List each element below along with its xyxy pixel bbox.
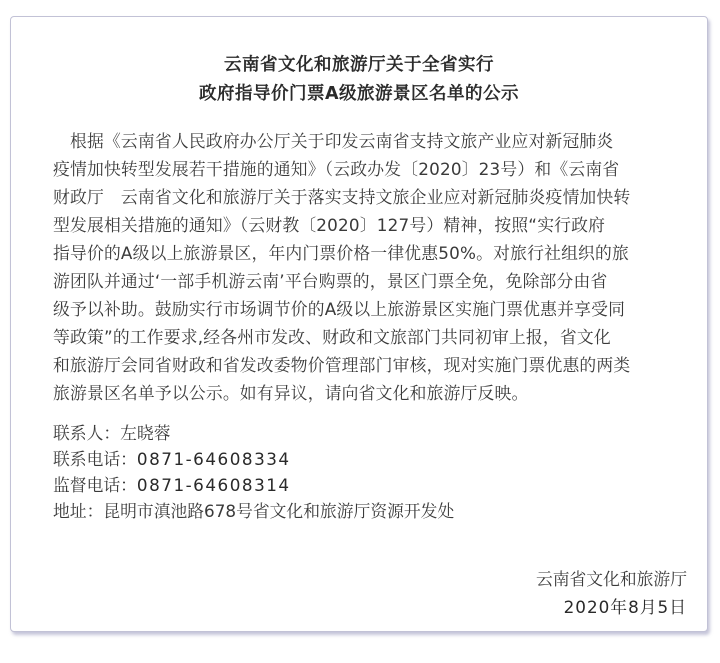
body-line: 和旅游厅会同省财政和省发改委物价管理部门审核，现对实施门票优惠的两类 <box>53 351 693 379</box>
address-label: 地址： <box>53 501 103 521</box>
notice-body: 根据《云南省人民政府办公厅关于印发云南省支持文旅产业应对新冠肺炎 疫情加快转型发… <box>53 127 693 407</box>
address-value: 昆明市滇池路678号省文化和旅游厅资源开发处 <box>103 501 454 521</box>
signature-date: 2020年8月5日 <box>536 593 687 621</box>
supervision-phone-value: 0871-64608314 <box>137 475 291 495</box>
body-line: 型发展相关措施的通知》（云财教〔2020〕127号）精神，按照“实行政府 <box>53 211 693 239</box>
body-line: 根据《云南省人民政府办公厅关于印发云南省支持文旅产业应对新冠肺炎 <box>53 127 693 155</box>
notice-card: 云南省文化和旅游厅关于全省实行 政府指导价门票A级旅游景区名单的公示 根据《云南… <box>10 16 708 632</box>
contact-phone-label: 联系电话： <box>53 449 137 469</box>
address-row: 地址：昆明市滇池路678号省文化和旅游厅资源开发处 <box>53 498 454 524</box>
body-line: 旅游景区名单予以公示。如有异议，请向省文化和旅游厅反映。 <box>53 379 693 407</box>
body-line: 等政策”的工作要求,经各州市发改、财政和文旅部门共同初审上报，省文化 <box>53 323 693 351</box>
signature-organization: 云南省文化和旅游厅 <box>536 565 687 593</box>
body-line: 疫情加快转型发展若干措施的通知》（云政办发〔2020〕23号）和《云南省 <box>53 155 693 183</box>
supervision-phone-label: 监督电话： <box>53 475 137 495</box>
contact-info: 联系人：左晓蓉 联系电话：0871-64608334 监督电话：0871-646… <box>53 420 454 524</box>
title-line-2: 政府指导价门票A级旅游景区名单的公示 <box>11 80 707 109</box>
contact-person-value: 左晓蓉 <box>120 423 170 443</box>
body-line: 级予以补助。鼓励实行市场调节价的A级以上旅游景区实施门票优惠并享受同 <box>53 295 693 323</box>
signature-block: 云南省文化和旅游厅 2020年8月5日 <box>536 565 687 621</box>
body-line: 财政厅 云南省文化和旅游厅关于落实支持文旅企业应对新冠肺炎疫情加快转 <box>53 183 693 211</box>
body-line: 游团队并通过‘一部手机游云南’平台购票的，景区门票全免，免除部分由省 <box>53 267 693 295</box>
supervision-phone-row: 监督电话：0871-64608314 <box>53 472 454 498</box>
contact-phone-value: 0871-64608334 <box>137 449 291 469</box>
contact-person-label: 联系人： <box>53 423 120 443</box>
notice-title: 云南省文化和旅游厅关于全省实行 政府指导价门票A级旅游景区名单的公示 <box>11 51 707 109</box>
body-line: 指导价的A级以上旅游景区，年内门票价格一律优惠50%。对旅行社组织的旅 <box>53 239 693 267</box>
title-line-1: 云南省文化和旅游厅关于全省实行 <box>11 51 707 80</box>
contact-person-row: 联系人：左晓蓉 <box>53 420 454 446</box>
contact-phone-row: 联系电话：0871-64608334 <box>53 446 454 472</box>
